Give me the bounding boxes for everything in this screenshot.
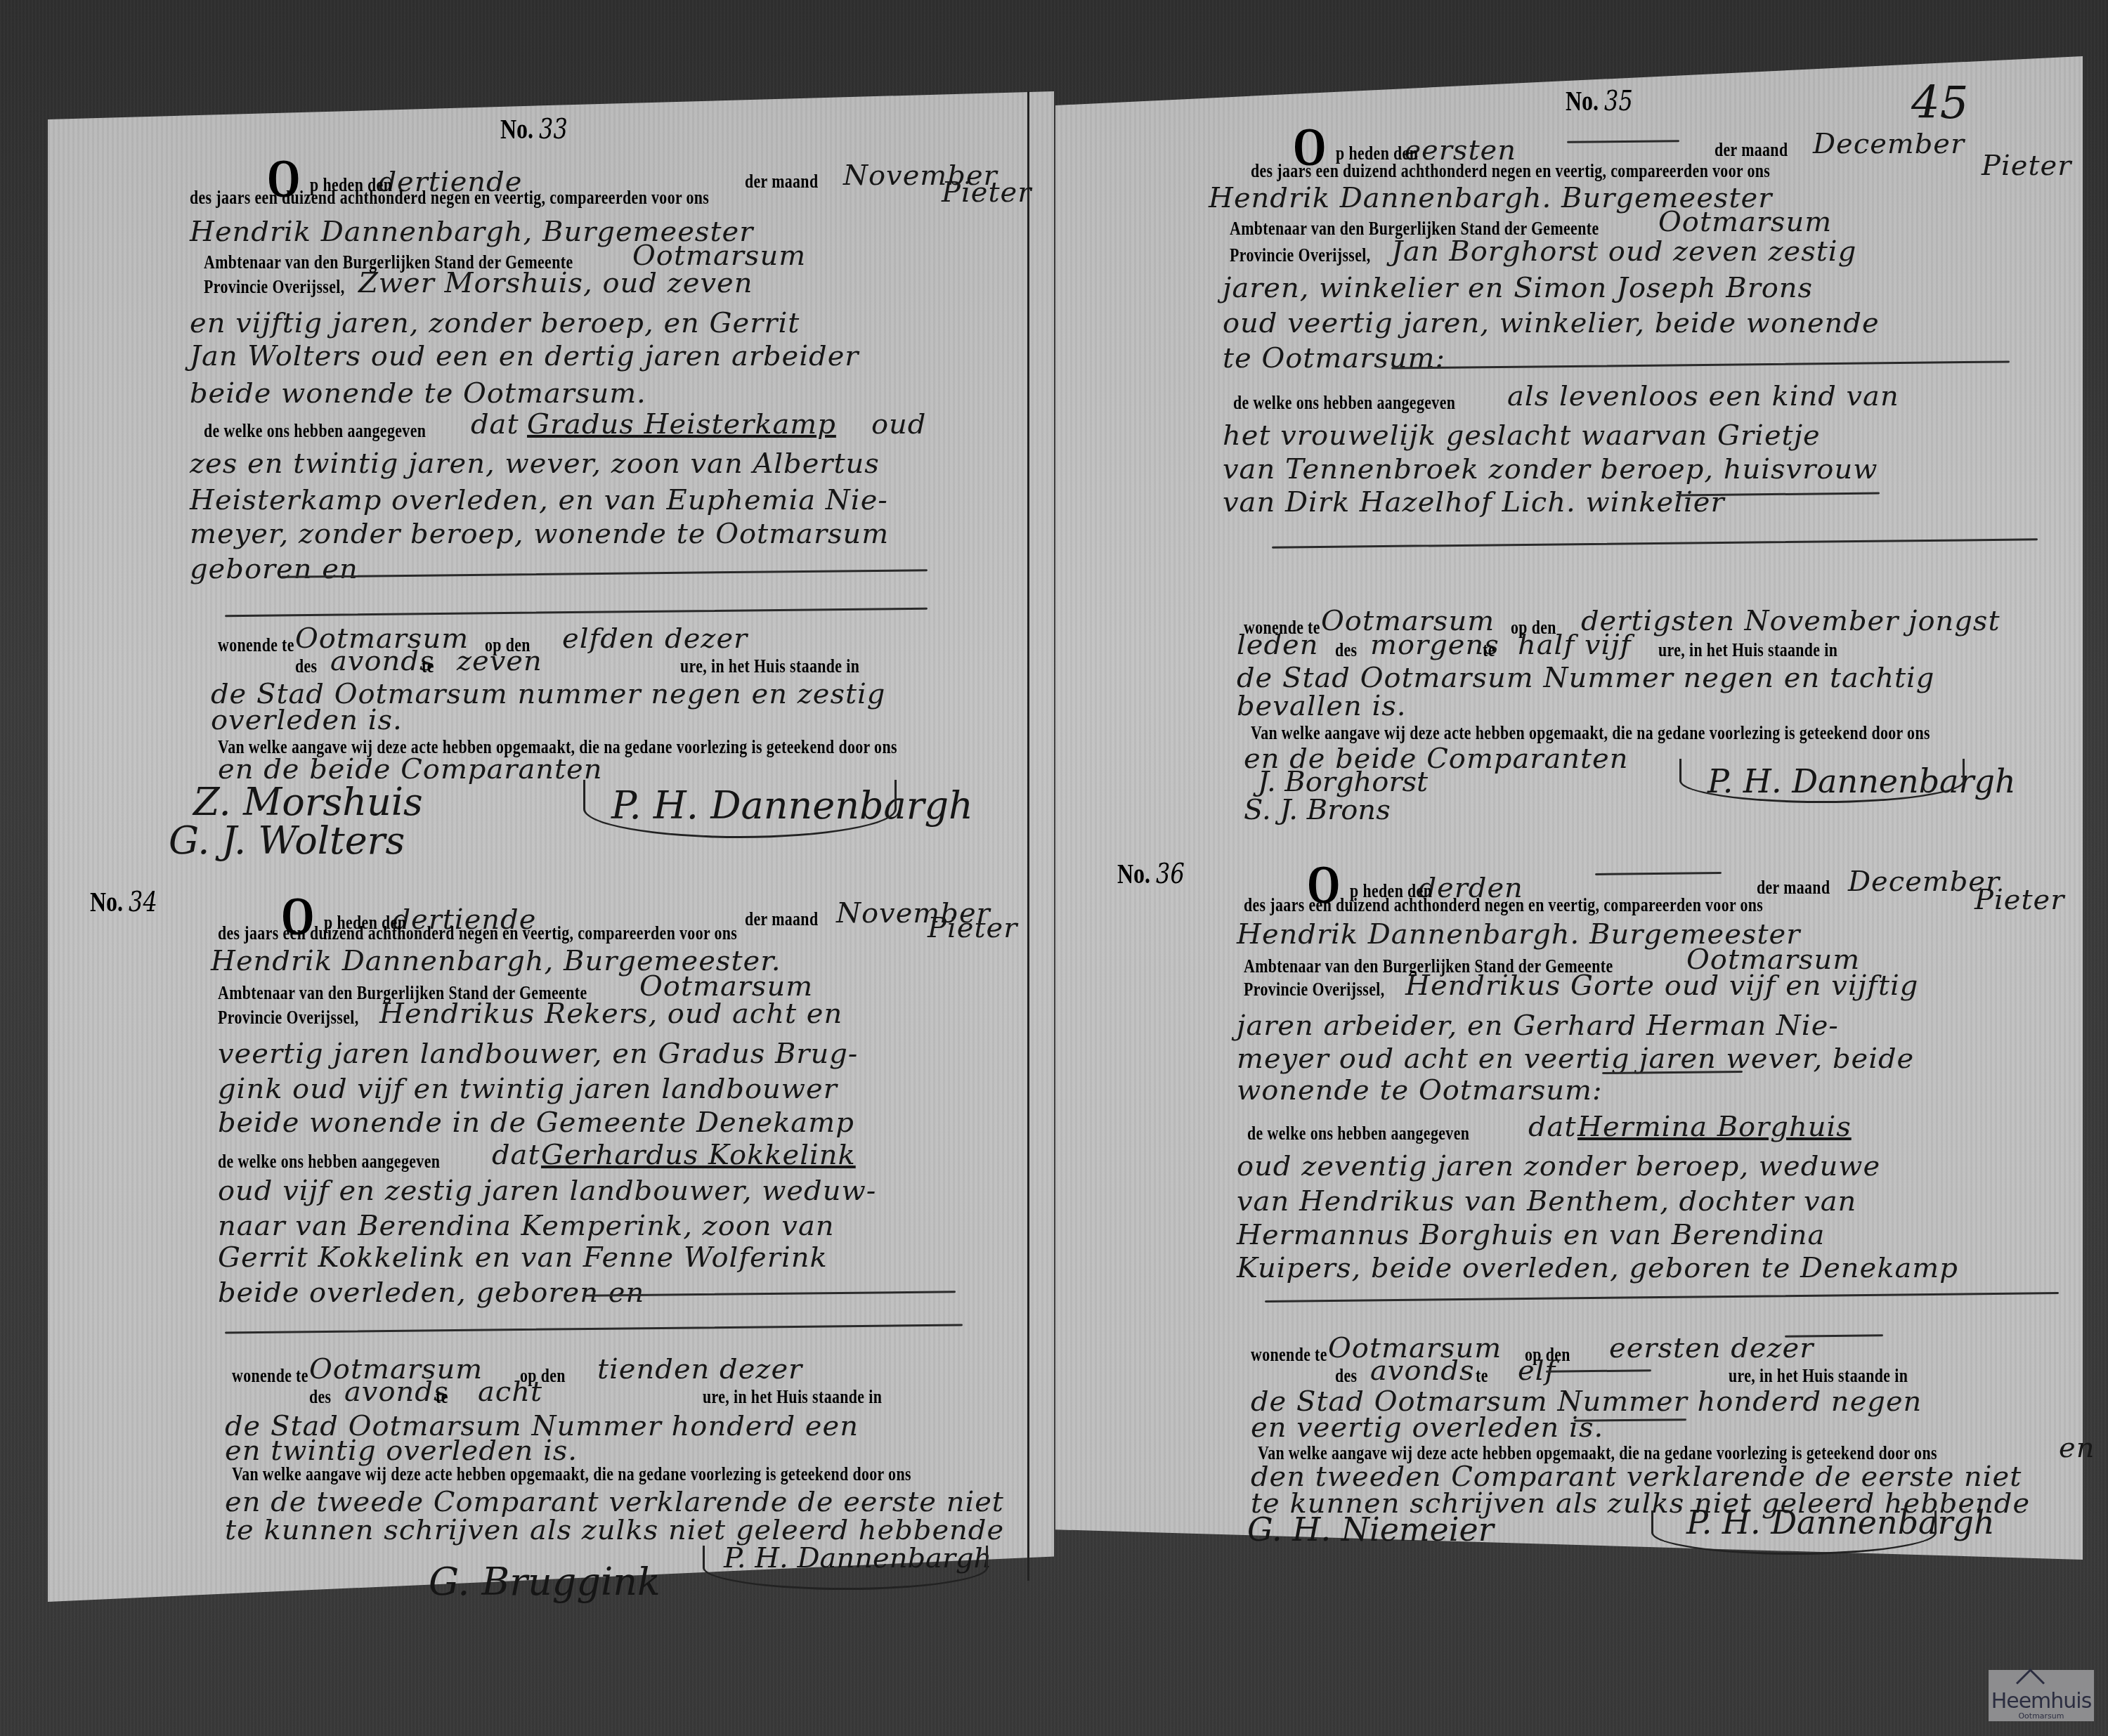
signature: G. Bruggink: [429, 1560, 661, 1604]
declaration-line: de welke ons hebben aangegeven dat Gradu…: [204, 422, 488, 441]
provincie-line: Provincie Overijssel, Hendrikus Gorte ou…: [1244, 980, 1424, 1000]
declaration-text: Heisterkamp overleden, en van Euphemia N…: [190, 486, 888, 514]
book-gutter: [1027, 91, 1029, 1581]
signed-by: den tweeden Comparant verklarende de eer…: [1251, 1463, 2022, 1491]
declaration-line: de welke ons hebben aangegeven als leven…: [1233, 393, 1518, 413]
witness-line: jaren arbeider, en Gerhard Herman Nie-: [1237, 1012, 1839, 1040]
deceased-name: Hermina Borghuis: [1577, 1113, 1852, 1141]
year-line: des jaars een duizend achthonderd negen …: [218, 924, 884, 944]
deceased-name: Gradus Heisterkamp: [527, 410, 836, 438]
witness-line: beide wonende in de Gemeente Denekamp: [218, 1109, 854, 1137]
witness-line: beide wonende te Ootmarsum.: [190, 379, 646, 407]
year-line: des jaars een duizend achthonderd negen …: [190, 188, 856, 208]
declaration-text: Gerrit Kokkelink en van Fenne Wolferink: [218, 1244, 828, 1272]
declaration-text: Hermannus Borghuis en van Berendina: [1237, 1221, 1825, 1249]
entry-number: No. 35: [1566, 84, 1633, 117]
entry-number: No. 34: [90, 885, 157, 918]
van-welke-line: Van welke aangave wij deze acte hebben o…: [232, 1465, 1103, 1484]
folio-number: 45: [1911, 77, 1968, 129]
residence-line: wonende te Ootmarsum op den tienden deze…: [232, 1366, 330, 1386]
declaration-text: zes en twintig jaren, wever, zoon van Al…: [190, 450, 880, 478]
declaration-line: de welke ons hebben aangegeven dat Hermi…: [1247, 1124, 1532, 1144]
closing-text: en twintig overleden is.: [225, 1437, 578, 1465]
closing-text: bevallen is.: [1237, 692, 1407, 720]
witness-line: jaren, winkelier en Simon Joseph Brons: [1223, 274, 1813, 302]
signature: G. J. Wolters: [169, 818, 405, 863]
signed-by: en de beide Comparanten: [218, 755, 603, 783]
time-line: des avonds te zeven ure, in het Huis sta…: [295, 657, 323, 677]
declaration-text: beide overleden, geboren en: [218, 1279, 644, 1307]
signature: Z. Morshuis: [193, 780, 423, 824]
declaration-text: geboren en: [190, 555, 358, 583]
house-address: de Stad Ootmarsum Nummer negen en tachti…: [1237, 664, 1934, 692]
signed-by: en de tweede Comparant verklarende de ee…: [225, 1488, 1004, 1516]
closing-text: overleden is.: [211, 706, 403, 734]
year-line: des jaars een duizend achthonderd negen …: [1251, 162, 1917, 181]
closing-text: en veertig overleden is.: [1251, 1414, 1603, 1442]
time-line: des avonds te acht ure, in het Huis staa…: [309, 1388, 337, 1407]
witness-line: en vijftig jaren, zonder beroep, en Gerr…: [190, 309, 800, 337]
signature-flourish: [583, 780, 897, 838]
witness-line: gink oud vijf en twintig jaren landbouwe…: [218, 1075, 838, 1103]
declaration-text: Kuipers, beide overleden, geboren te Den…: [1237, 1254, 1958, 1282]
declaration-text: van Hendrikus van Benthem, dochter van: [1237, 1187, 1856, 1215]
witness-line: oud veertig jaren, winkelier, beide wone…: [1223, 309, 1880, 337]
residence-line: wonende te Ootmarsum op den elfden dezer: [218, 636, 316, 655]
declaration-text: oud zeventig jaren zonder beroep, weduwe: [1237, 1152, 1880, 1180]
entry-number: No. 36: [1117, 857, 1185, 890]
declaration-text: van Dirk Hazelhof Lich. winkelier: [1223, 488, 1725, 516]
signature-flourish: [1679, 759, 1965, 803]
signature-flourish: [1651, 1510, 1937, 1555]
declaration-text: van Tennenbroek zonder beroep, huisvrouw: [1223, 455, 1878, 483]
signature: S. J. Brons: [1244, 794, 1391, 826]
year-line: des jaars een duizend achthonderd negen …: [1244, 896, 1910, 915]
declaration-text: naar van Berendina Kemperink, zoon van: [218, 1212, 835, 1240]
logo-name: Heemhuis: [1989, 1691, 2094, 1712]
provincie-line: Provincie Overijssel, Jan Borghorst oud …: [1230, 246, 1410, 266]
entry-number: No. 33: [500, 112, 568, 145]
witness-line: veertig jaren landbouwer, en Gradus Brug…: [218, 1040, 858, 1068]
witness-line: Jan Wolters oud een en dertig jaren arbe…: [190, 342, 859, 370]
heemhuis-logo: Heemhuis Ootmarsum: [1989, 1670, 2094, 1721]
deceased-name: Gerhardus Kokkelink: [541, 1141, 856, 1169]
declaration-line: de welke ons hebben aangegeven dat Gerha…: [218, 1152, 502, 1172]
van-welke-line: Van welke aangave wij deze acte hebben o…: [1251, 724, 2108, 743]
time-line: des avonds te elf ure, in het Huis staan…: [1335, 1366, 1363, 1386]
declaration-text: oud vijf en zestig jaren landbouwer, wed…: [218, 1177, 876, 1205]
witness-line: meyer oud acht en veertig jaren wever, b…: [1237, 1045, 1914, 1073]
signature: G. H. Niemeier: [1247, 1510, 1494, 1548]
declaration-text: meyer, zonder beroep, wonende te Ootmars…: [190, 520, 889, 548]
declaration-text: het vrouwelijk geslacht waarvan Grietje: [1223, 422, 1821, 450]
provincie-line: Provincie Overijssel, Hendrikus Rekers, …: [218, 1008, 398, 1028]
provincie-line: Provincie Overijssel, Zwer Morshuis, oud…: [204, 278, 384, 297]
witness-line: wonende te Ootmarsum:: [1237, 1076, 1603, 1104]
signed-by: te kunnen schrijven als zulks niet gelee…: [225, 1516, 1004, 1544]
signature-flourish: [703, 1546, 988, 1590]
logo-subtitle: Ootmarsum: [1989, 1712, 2094, 1720]
residence-line: wonende te Ootmarsum op den eersten deze…: [1251, 1345, 1349, 1365]
